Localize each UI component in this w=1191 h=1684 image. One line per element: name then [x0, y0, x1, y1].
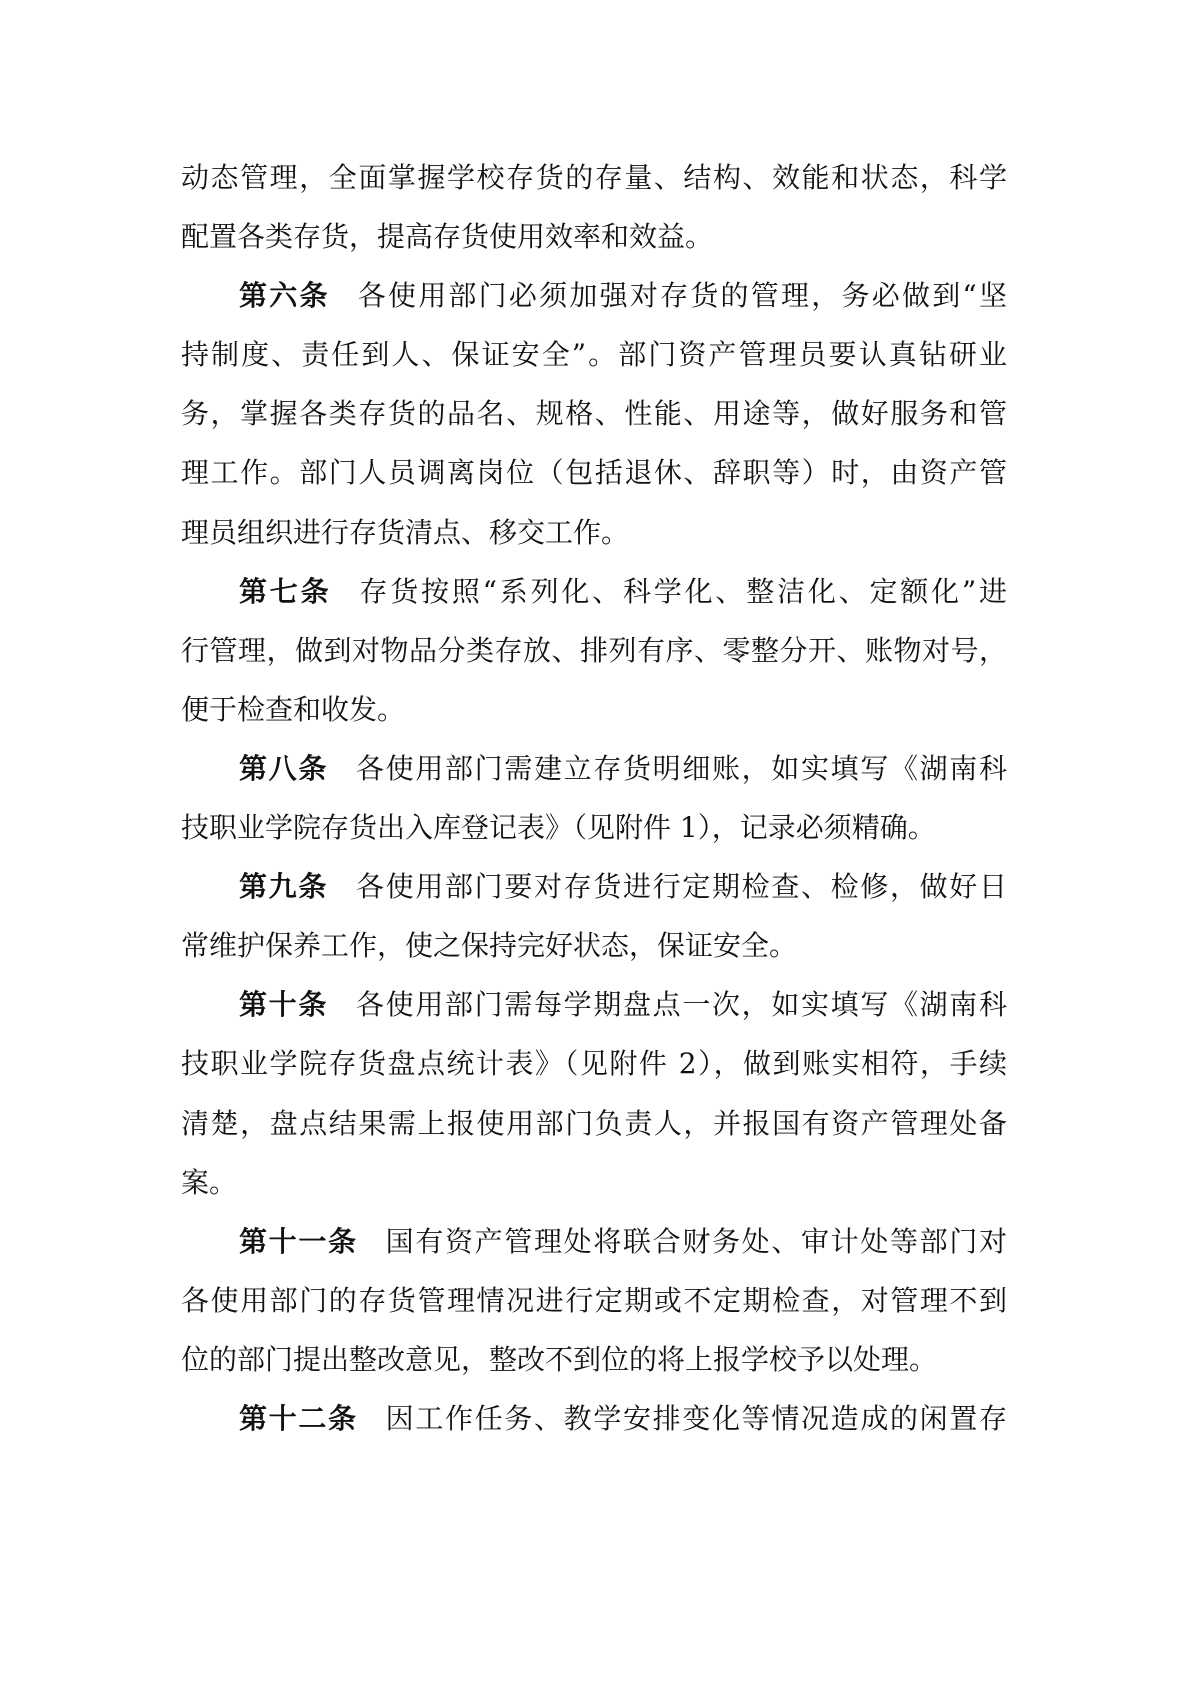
article-number: 第十二条: [239, 1402, 358, 1435]
text-run: 各使用部门需每学期盘点一次，如实填写《湖南科: [356, 988, 1007, 1021]
article-number: 第六条: [239, 279, 330, 312]
document-body: 动态管理，全面掌握学校存货的存量、结构、效能和状态，科学 配置各类存货，提高存货…: [181, 148, 1007, 1448]
text-line: 配置各类存货，提高存货使用效率和效益。: [181, 207, 1007, 266]
text-run: 各使用部门必须加强对存货的管理，务必做到“坚: [358, 279, 1007, 312]
article-number: 第十条: [239, 988, 328, 1021]
text-line: 行管理，做到对物品分类存放、排列有序、零整分开、账物对号，: [181, 621, 1007, 680]
text-line: 清楚，盘点结果需上报使用部门负责人，并报国有资产管理处备: [181, 1094, 1007, 1153]
text-run: 各使用部门需建立存货明细账，如实填写《湖南科: [356, 752, 1007, 785]
text-line: 动态管理，全面掌握学校存货的存量、结构、效能和状态，科学: [181, 148, 1007, 207]
paragraph-article-11: 第十一条国有资产管理处将联合财务处、审计处等部门对 各使用部门的存货管理情况进行…: [181, 1212, 1007, 1389]
paragraph-article-12: 第十二条因工作任务、教学安排变化等情况造成的闲置存: [181, 1389, 1007, 1448]
text-line: 案。: [181, 1153, 1007, 1212]
text-line: 理工作。部门人员调离岗位（包括退休、辞职等）时，由资产管: [181, 443, 1007, 502]
text-line: 持制度、责任到人、保证安全”。部门资产管理员要认真钻研业: [181, 325, 1007, 384]
text-line: 务，掌握各类存货的品名、规格、性能、用途等，做好服务和管: [181, 384, 1007, 443]
text-run: 国有资产管理处将联合财务处、审计处等部门对: [386, 1225, 1007, 1258]
article-number: 第八条: [239, 752, 328, 785]
paragraph-article-8: 第八条各使用部门需建立存货明细账，如实填写《湖南科 技职业学院存货出入库登记表》…: [181, 739, 1007, 857]
text-line: 便于检查和收发。: [181, 680, 1007, 739]
document-page: 动态管理，全面掌握学校存货的存量、结构、效能和状态，科学 配置各类存货，提高存货…: [0, 0, 1191, 1684]
text-line: 第十条各使用部门需每学期盘点一次，如实填写《湖南科: [181, 975, 1007, 1034]
paragraph-article-6: 第六条各使用部门必须加强对存货的管理，务必做到“坚 持制度、责任到人、保证安全”…: [181, 266, 1007, 561]
text-line: 第十二条因工作任务、教学安排变化等情况造成的闲置存: [181, 1389, 1007, 1448]
text-line: 技职业学院存货出入库登记表》（见附件 1），记录必须精确。: [181, 798, 1007, 857]
text-line: 位的部门提出整改意见，整改不到位的将上报学校予以处理。: [181, 1330, 1007, 1389]
article-number: 第九条: [239, 870, 328, 903]
article-number: 第十一条: [239, 1225, 358, 1258]
paragraph-article-10: 第十条各使用部门需每学期盘点一次，如实填写《湖南科 技职业学院存货盘点统计表》（…: [181, 975, 1007, 1211]
text-line: 第八条各使用部门需建立存货明细账，如实填写《湖南科: [181, 739, 1007, 798]
text-line: 第九条各使用部门要对存货进行定期检查、检修，做好日: [181, 857, 1007, 916]
text-line: 第十一条国有资产管理处将联合财务处、审计处等部门对: [181, 1212, 1007, 1271]
text-line: 各使用部门的存货管理情况进行定期或不定期检查，对管理不到: [181, 1271, 1007, 1330]
text-line: 技职业学院存货盘点统计表》（见附件 2），做到账实相符，手续: [181, 1034, 1007, 1093]
text-line: 第七条存货按照“系列化、科学化、整洁化、定额化”进: [181, 562, 1007, 621]
paragraph-continuation: 动态管理，全面掌握学校存货的存量、结构、效能和状态，科学 配置各类存货，提高存货…: [181, 148, 1007, 266]
text-line: 理员组织进行存货清点、移交工作。: [181, 503, 1007, 562]
text-line: 第六条各使用部门必须加强对存货的管理，务必做到“坚: [181, 266, 1007, 325]
article-number: 第七条: [239, 575, 331, 608]
text-run: 各使用部门要对存货进行定期检查、检修，做好日: [356, 870, 1007, 903]
text-run: 存货按照“系列化、科学化、整洁化、定额化”进: [359, 575, 1007, 608]
text-line: 常维护保养工作，使之保持完好状态，保证安全。: [181, 916, 1007, 975]
paragraph-article-9: 第九条各使用部门要对存货进行定期检查、检修，做好日 常维护保养工作，使之保持完好…: [181, 857, 1007, 975]
text-run: 因工作任务、教学安排变化等情况造成的闲置存: [386, 1402, 1007, 1435]
paragraph-article-7: 第七条存货按照“系列化、科学化、整洁化、定额化”进 行管理，做到对物品分类存放、…: [181, 562, 1007, 739]
